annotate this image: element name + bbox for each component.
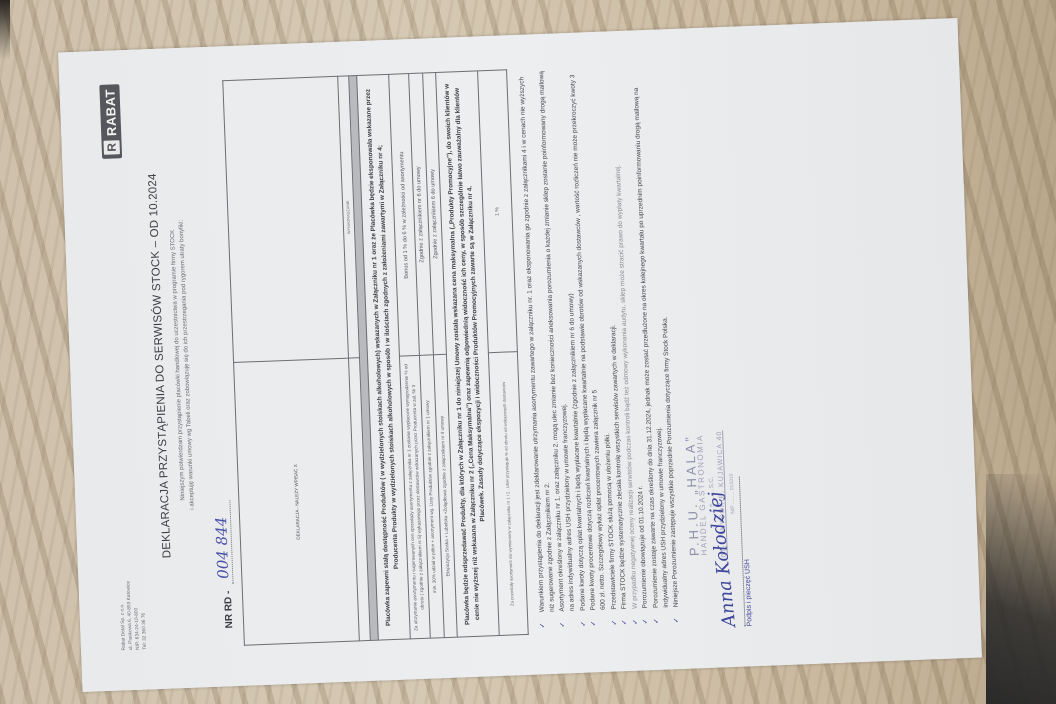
declaration-table: DEKLARACJA - NALEŻY WPISAĆ X WYNAGRADZAN… (222, 69, 528, 646)
checkmark-icon: ✓ (672, 615, 682, 623)
checkmark-icon: ✓ (590, 618, 610, 627)
checkmark-icon: ✓ (579, 619, 589, 627)
conditions-list: ✓Warunkiem przystąpienia do deklaracji j… (517, 63, 683, 634)
company-tel: Tel: 32 360 36 76 (139, 580, 149, 650)
checkmark-icon: ✓ (621, 617, 631, 625)
header-declaration-cell: DEKLARACJA - NALEŻY WPISAĆ X (234, 359, 360, 646)
rabat-logo: R RABAT (99, 84, 122, 159)
company-info: Rabat Detal Sp. z o.o. ul. Piaskowa 6, 4… (118, 580, 149, 650)
checkmark-icon: ✓ (610, 617, 620, 625)
nr-rd-handwritten-value: 004 844 (211, 500, 233, 585)
table-header-row: DEKLARACJA - NALEŻY WPISAĆ X (223, 76, 360, 645)
declaration-sheet: Rabat Detal Sp. z o.o. ul. Piaskowa 6, 4… (58, 18, 982, 692)
signature-area: P.H.U. „HALA” HANDEL GASTRONOMIA I. S. .… (671, 60, 765, 628)
photo-scene: Rabat Detal Sp. z o.o. ul. Piaskowa 6, 4… (50, 0, 1050, 704)
rabat-logo-text: RABAT (102, 89, 119, 137)
rabat-logo-icon: R (103, 140, 120, 155)
letterhead: Rabat Detal Sp. z o.o. ul. Piaskowa 6, 4… (99, 84, 149, 651)
checkmark-icon: ✓ (538, 620, 558, 629)
table-shadow-corner (0, 0, 10, 60)
signature-label: Podpis i pieczęć USH (739, 476, 754, 626)
header-blank-cell (223, 76, 349, 363)
checkmark-icon: ✓ (642, 616, 652, 624)
checkmark-icon: ✓ (652, 615, 672, 624)
checkmark-icon: ✓ (559, 619, 579, 628)
nr-rd-label: NR RD - (223, 590, 235, 628)
checkmark-icon: ✓ (631, 617, 641, 625)
